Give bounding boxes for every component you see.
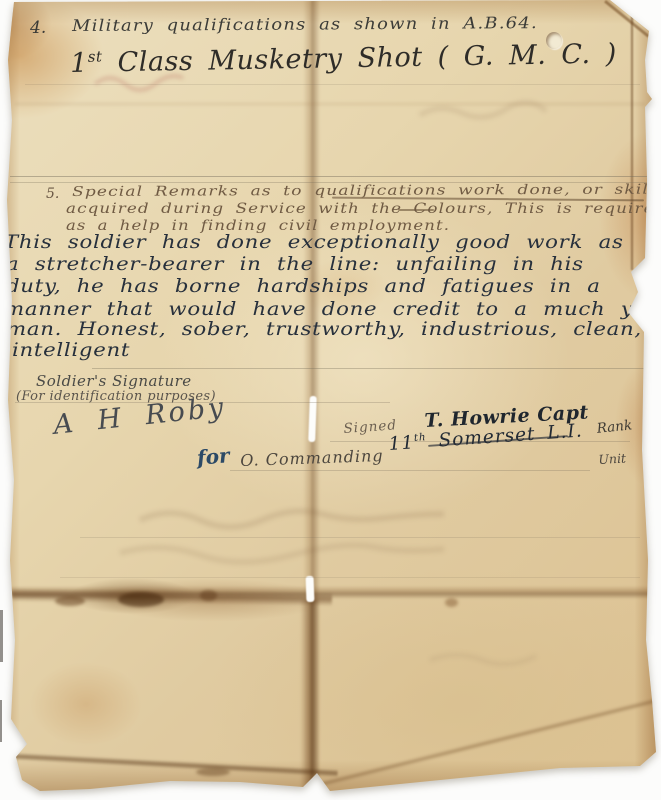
paper-tear (306, 576, 315, 602)
ink-stain (55, 596, 85, 606)
section5-line1: Special Remarks as to qualifications wor… (72, 182, 656, 200)
remarks-line5: man. Honest, sober, trustworthy, industr… (6, 319, 642, 340)
ink-stain (196, 768, 230, 776)
section4-number: 4. (30, 18, 46, 38)
remarks-line6: intelligent (12, 340, 130, 361)
remarks-line4-main: manner that would have done credit to a … (4, 299, 661, 320)
unit-number-ordinal: th (414, 432, 427, 444)
remarks-line1: This soldier has done exceptionally good… (4, 232, 624, 253)
ink-stain (118, 592, 164, 607)
ink-stain (445, 598, 458, 607)
section5-line2: acquired during Service with the Colours… (66, 201, 661, 217)
ruled-line (10, 176, 650, 177)
ruled-line (80, 537, 640, 538)
qualification-prefix: 1 (70, 48, 88, 79)
remarks-line3: duty, he has borne hardships and fatigue… (6, 276, 601, 297)
scanned-document-canvas: 4. Military qualifications as shown in A… (0, 0, 661, 800)
qualification-ordinal: st (88, 47, 103, 65)
paper-sheet-wrapper: 4. Military qualifications as shown in A… (0, 0, 661, 800)
ruled-line (60, 577, 640, 578)
unit-number: 11 (388, 432, 415, 455)
ink-stain (200, 590, 217, 601)
section5-number: 5. (46, 186, 59, 202)
ruled-line (25, 84, 640, 85)
remarks-line4: manner that would have done credit to a … (4, 297, 661, 320)
ruled-line (92, 368, 645, 369)
for-commanding-prefix: for (196, 443, 230, 470)
section4-text: Military qualifications as shown in A.B.… (72, 13, 538, 35)
paper-sheet: 4. Military qualifications as shown in A… (0, 0, 661, 800)
ruled-line (230, 470, 590, 471)
remarks-line2: a stretcher-bearer in the line: unfailin… (6, 254, 584, 275)
soldiers-signature-label: Soldier's Signature (36, 372, 192, 390)
unit-label: Unit (598, 451, 626, 467)
